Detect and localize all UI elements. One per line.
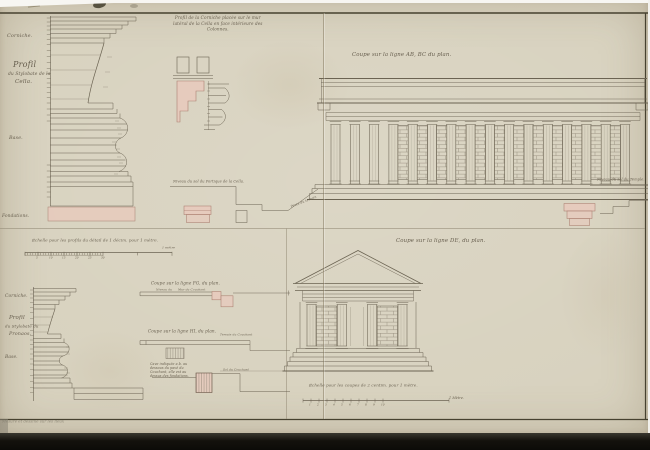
fg-label-b: Mur du Couchant — [178, 288, 205, 292]
paper-sheet: Corniche. Profil du Stylobate de la Cell… — [0, 0, 648, 433]
scale-coupes-title: Échelle pour les coupes de 2 centim. pou… — [309, 383, 418, 388]
bl-profil-2: du Stylobate du — [5, 324, 39, 329]
sections-scale-bar — [303, 399, 449, 403]
scale-tick: 3 — [325, 403, 327, 406]
scale-tick: 10 — [381, 403, 385, 406]
scale-tick: 15 — [62, 256, 66, 259]
margin-inscription: Mesuré et dessiné sur les lieux — [2, 419, 64, 424]
hi-title: Coupe sur la ligne HI, du plan. — [148, 329, 216, 334]
label-profil-cella-1: Profil — [13, 60, 36, 70]
scale-tick: 4 — [333, 403, 335, 406]
scale-coupes-end: 1 Mètre. — [449, 396, 464, 400]
label-base-top: Base. — [9, 135, 23, 141]
pronaos-profile-drawing — [30, 287, 143, 401]
scale-tick: 10 — [49, 256, 53, 259]
hi-label-sol: Sol du Couchant — [223, 368, 249, 372]
front-section-drawing — [283, 251, 434, 372]
scale-tick: 5 — [341, 403, 343, 406]
scanned-sheet-photo: Corniche. Profil du Stylobate de la Cell… — [0, 0, 650, 450]
label-fondations: Fondations. — [2, 213, 29, 219]
scale-tick: 8 — [365, 403, 367, 406]
coupe-ab-title: Coupe sur la ligne AB, BC du plan. — [352, 52, 451, 59]
scan-edge-bottom-left — [0, 419, 8, 433]
scale-tick: 6 — [349, 403, 351, 406]
fg-title: Coupe sur la ligne FG, du plan. — [151, 281, 220, 286]
bl-corniche: Corniche. — [5, 293, 28, 299]
label-niveau-right: Niveau du sol du Temple. — [597, 177, 645, 182]
fg-label-a: Niveau du — [156, 288, 172, 292]
scale-tick: 1 — [309, 403, 311, 406]
scale-profils-title: Échelle pour les profils du détail de 1 … — [32, 238, 158, 243]
scale-profils-end: 1 mètre — [162, 246, 175, 250]
paper-fold-crease — [323, 13, 324, 419]
hi-section-drawing — [140, 341, 290, 359]
scale-tick: 30 — [101, 256, 105, 259]
scale-tick: 7 — [357, 403, 359, 406]
cornice-detail-title: Profil de la Corniche placée sur le mur … — [170, 15, 266, 32]
scale-tick: 9 — [373, 403, 375, 406]
hi-label-right: Terrain du Couchant — [220, 333, 252, 337]
bl-profil-3: Pronaos. — [9, 331, 31, 337]
detail-scale-bar — [25, 252, 172, 256]
drawing-linework — [0, 0, 648, 433]
scale-tick: 2 — [317, 403, 319, 406]
label-profil-cella-2: du Stylobate de la — [8, 71, 50, 77]
scan-shadow-band — [0, 433, 650, 450]
bl-profil-1: Profil — [9, 314, 25, 321]
cella-profile-drawing — [47, 16, 136, 221]
cella-wall-brickwork — [398, 126, 621, 180]
label-profil-cella-3: Cella. — [15, 78, 32, 85]
label-corniche-top: Corniche. — [7, 33, 32, 39]
scale-tick: 25 — [88, 256, 92, 259]
cornice-detail-drawing — [173, 57, 229, 130]
scan-edge-corner — [0, 0, 200, 7]
fg-section-drawing — [140, 291, 290, 307]
label-niveau-left: Niveau du sol du Portique de la Cella. — [173, 179, 244, 184]
hi-note: Cave indiquée a.b. au dessous du pavé du… — [150, 362, 198, 379]
scale-tick: 5 — [36, 256, 38, 259]
coupe-de-title: Coupe sur la ligne DE, du plan. — [396, 238, 485, 245]
terrain-right-detail — [564, 186, 648, 226]
bl-base: Base. — [5, 354, 18, 360]
scale-tick: 20 — [75, 256, 79, 259]
